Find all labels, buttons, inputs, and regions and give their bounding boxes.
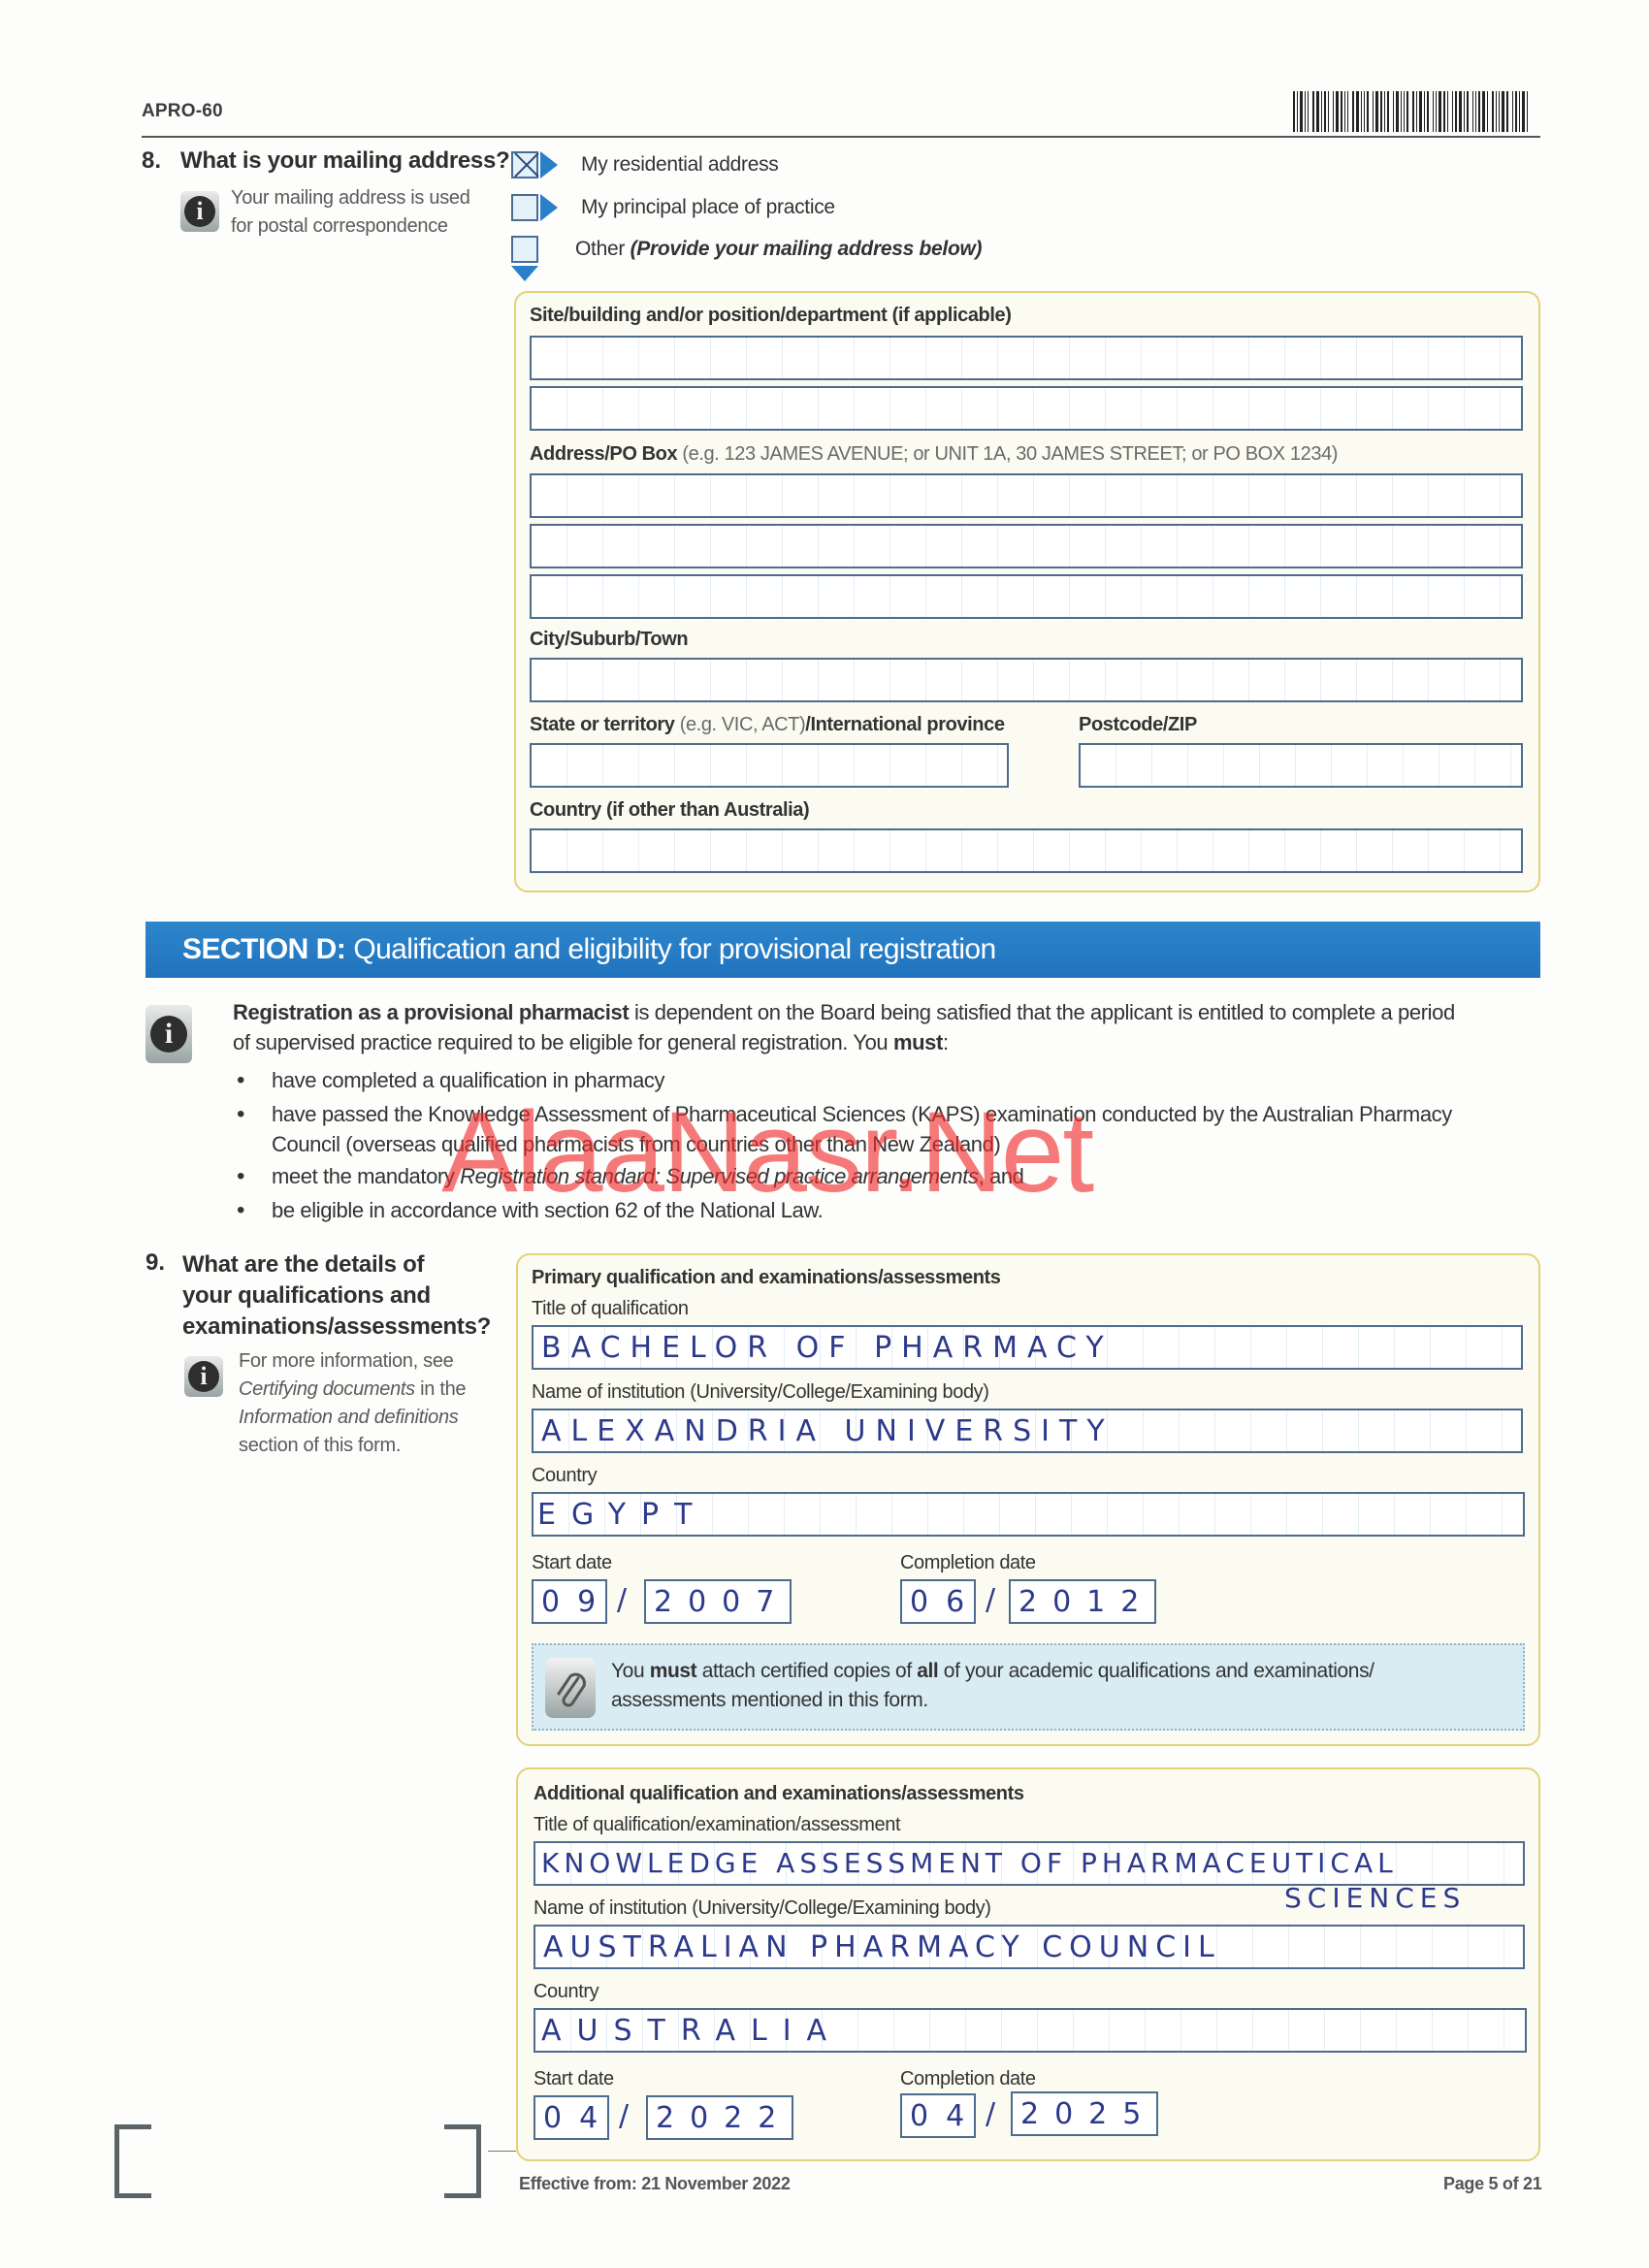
option-other[interactable]: Other (Provide your mailing address belo…	[511, 236, 982, 263]
barcode-bar	[1387, 91, 1389, 132]
state-label: State or territory (e.g. VIC, ACT)/Inter…	[530, 714, 1005, 736]
attachment-text: You must attach certified copies of all …	[611, 1657, 1374, 1715]
address-field-line-1[interactable]	[530, 473, 1523, 518]
start-date-label: Start date	[532, 1552, 612, 1574]
barcode-bar	[1297, 91, 1298, 132]
barcode-bar	[1324, 91, 1326, 132]
city-label: City/Suburb/Town	[530, 629, 688, 651]
option-residential-label: My residential address	[581, 153, 779, 177]
barcode-bar	[1352, 91, 1354, 132]
barcode-bar	[1527, 91, 1528, 132]
barcode-bar	[1416, 91, 1417, 132]
mailing-address-panel: Site/building and/or position/department…	[514, 291, 1540, 892]
barcode-bar	[1427, 91, 1429, 132]
country-field[interactable]: EGYPT	[532, 1492, 1525, 1537]
completion-month-field[interactable]: 06	[900, 1579, 976, 1624]
barcode-bar	[1356, 91, 1359, 132]
checkbox-residential[interactable]	[511, 151, 538, 178]
barcode-bar	[1419, 91, 1422, 132]
institution-label: Name of institution (University/College/…	[532, 1381, 989, 1404]
additional-heading: Additional qualification and examination…	[533, 1783, 1024, 1805]
title-label: Title of qualification/examination/asses…	[533, 1814, 900, 1836]
barcode-bar	[1487, 91, 1488, 132]
completion-year-field[interactable]: 2025	[1011, 2091, 1158, 2136]
barcode-bar	[1300, 91, 1303, 132]
question-9-number: 9.	[145, 1249, 165, 1277]
barcode-bar	[1512, 91, 1513, 132]
barcode-bar	[1478, 91, 1480, 132]
institution-value: AUSTRALIAN PHARMACY COUNCIL	[543, 1930, 1221, 1964]
completion-date-label: Completion date	[900, 1552, 1036, 1574]
watermark: AlaaNasr.Net	[441, 1086, 1092, 1218]
barcode-bar	[1367, 91, 1369, 132]
barcode-bar	[1519, 91, 1520, 132]
effective-date: Effective from: 21 November 2022	[519, 2174, 791, 2194]
barcode-bar	[1316, 91, 1319, 132]
country-field[interactable]	[530, 828, 1523, 873]
section-title: Qualification and eligibility for provis…	[353, 933, 995, 966]
start-year-value: 2007	[654, 1585, 790, 1619]
checkbox-other[interactable]	[511, 236, 538, 263]
barcode-bar	[1482, 91, 1485, 132]
corner-bracket-right	[444, 2124, 481, 2198]
postcode-label: Postcode/ZIP	[1079, 714, 1197, 736]
start-year-field[interactable]: 2007	[644, 1579, 792, 1624]
site-label: Site/building and/or position/department…	[530, 305, 1012, 327]
connector-line	[488, 2151, 516, 2152]
barcode-bar	[1436, 91, 1437, 132]
primary-qualification-panel: Primary qualification and examinations/a…	[516, 1253, 1540, 1746]
barcode-bar	[1467, 91, 1469, 132]
corner-bracket-left	[114, 2124, 151, 2198]
form-code: APRO-60	[142, 101, 223, 122]
question-8-number: 8.	[142, 147, 161, 175]
additional-qualification-panel: Additional qualification and examination…	[516, 1767, 1540, 2161]
section-id: SECTION D:	[182, 933, 345, 966]
hint-line-2: for postal correspondence	[231, 212, 470, 241]
institution-label: Name of institution (University/College/…	[533, 1897, 991, 1920]
country-label: Country (if other than Australia)	[530, 799, 809, 822]
city-field[interactable]	[530, 658, 1523, 702]
date-separator: /	[986, 1583, 995, 1617]
primary-heading: Primary qualification and examinations/a…	[532, 1267, 1001, 1289]
question-8-hint: Your mailing address is used for postal …	[231, 184, 470, 241]
date-separator: /	[986, 2097, 995, 2131]
info-icon: i	[145, 1005, 192, 1063]
title-label: Title of qualification	[532, 1298, 689, 1320]
barcode-bar	[1384, 91, 1385, 132]
arrow-right-icon	[540, 194, 558, 221]
barcode-bar	[1328, 91, 1329, 132]
section-d-header: SECTION D: Qualification and eligibility…	[145, 922, 1540, 978]
page-number: Page 5 of 21	[1443, 2174, 1541, 2194]
barcode-bar	[1375, 91, 1378, 132]
date-separator: /	[619, 2099, 629, 2133]
completion-year-field[interactable]: 2012	[1009, 1579, 1156, 1624]
title-overflow-value: SCIENCES	[1284, 1882, 1466, 1914]
title-field[interactable]: KNOWLEDGE ASSESSMENT OF PHARMACEUTICAL	[533, 1841, 1525, 1886]
barcode-bar	[1464, 91, 1465, 132]
barcode-bar	[1475, 91, 1476, 132]
country-value: AUSTRALIA	[541, 2014, 842, 2048]
state-field[interactable]	[530, 743, 1009, 788]
barcode-bar	[1308, 91, 1309, 132]
barcode-bar	[1361, 91, 1362, 132]
completion-month-field[interactable]: 04	[900, 2093, 976, 2138]
info-icon: i	[180, 191, 219, 232]
completion-month-value: 06	[910, 1585, 982, 1619]
barcode-bar	[1472, 91, 1473, 132]
start-month-field[interactable]: 09	[532, 1579, 607, 1624]
hint-line-1: Your mailing address is used	[231, 184, 470, 212]
institution-value: ALEXANDRIA UNIVERSITY	[541, 1414, 1115, 1448]
header-divider	[142, 136, 1540, 138]
start-date-label: Start date	[533, 2068, 614, 2090]
barcode-bar	[1439, 91, 1441, 132]
barcode-bar	[1492, 91, 1494, 132]
question-8-title: What is your mailing address?	[180, 147, 509, 175]
barcode-bar	[1496, 91, 1497, 132]
country-label: Country	[532, 1465, 597, 1487]
barcode-bar	[1312, 91, 1314, 132]
checkbox-principal-practice[interactable]	[511, 194, 538, 221]
title-value: BACHELOR OF PHARMACY	[541, 1331, 1114, 1365]
barcode-bar	[1404, 91, 1405, 132]
option-residential[interactable]: My residential address	[511, 151, 779, 178]
paperclip-icon	[545, 1658, 596, 1718]
attachment-notice: You must attach certified copies of all …	[532, 1643, 1525, 1731]
barcode-bar	[1293, 91, 1295, 132]
barcode-bar	[1406, 91, 1408, 132]
arrow-down-icon	[511, 266, 538, 281]
start-month-field[interactable]: 04	[533, 2095, 609, 2140]
start-year-field[interactable]: 2022	[646, 2095, 793, 2140]
barcode-bar	[1333, 91, 1334, 132]
institution-field[interactable]: ALEXANDRIA UNIVERSITY	[532, 1409, 1523, 1453]
start-year-value: 2022	[656, 2101, 792, 2135]
start-month-value: 09	[541, 1585, 613, 1619]
barcode-bar	[1401, 91, 1402, 132]
site-field-line-2[interactable]	[530, 386, 1523, 431]
option-other-label: Other (Provide your mailing address belo…	[575, 238, 982, 261]
barcode-bar	[1412, 91, 1414, 132]
barcode-bar	[1424, 91, 1425, 132]
barcode-icon	[1293, 91, 1540, 132]
arrow-right-icon	[540, 151, 558, 178]
option-principal-practice-label: My principal place of practice	[581, 196, 835, 219]
title-field[interactable]: BACHELOR OF PHARMACY	[532, 1325, 1523, 1370]
title-value: KNOWLEDGE ASSESSMENT OF PHARMACEUTICAL	[541, 1847, 1398, 1879]
barcode-bar	[1347, 91, 1348, 132]
country-value: EGYPT	[537, 1498, 707, 1532]
barcode-bar	[1499, 91, 1500, 132]
address-field-line-3[interactable]	[530, 574, 1523, 619]
barcode-bar	[1433, 91, 1434, 132]
completion-year-value: 2025	[1020, 2097, 1156, 2131]
country-field[interactable]: AUSTRALIA	[533, 2008, 1527, 2053]
institution-field[interactable]: AUSTRALIAN PHARMACY COUNCIL	[533, 1925, 1525, 1969]
section-d-intro: Registration as a provisional pharmacist…	[233, 997, 1542, 1057]
barcode-bar	[1452, 91, 1453, 132]
completion-month-value: 04	[910, 2099, 982, 2133]
barcode-bar	[1305, 91, 1306, 132]
barcode-bar	[1380, 91, 1382, 132]
barcode-bar	[1459, 91, 1462, 132]
address-field-line-2[interactable]	[530, 524, 1523, 568]
barcode-bar	[1447, 91, 1448, 132]
question-9-hint: For more information, see Certifying doc…	[239, 1347, 481, 1460]
country-label: Country	[533, 1981, 598, 2003]
address-label: Address/PO Box (e.g. 123 JAMES AVENUE; o…	[530, 443, 1338, 466]
barcode-bar	[1443, 91, 1445, 132]
info-icon: i	[184, 1356, 223, 1397]
date-separator: /	[617, 1583, 627, 1617]
barcode-bar	[1455, 91, 1457, 132]
completion-year-value: 2012	[1018, 1585, 1154, 1619]
barcode-bar	[1373, 91, 1374, 132]
barcode-bar	[1506, 91, 1508, 132]
barcode-bar	[1321, 91, 1322, 132]
barcode-bar	[1522, 91, 1525, 132]
postcode-field[interactable]	[1079, 743, 1523, 788]
barcode-bar	[1502, 91, 1504, 132]
barcode-bar	[1336, 91, 1339, 132]
barcode-bar	[1396, 91, 1399, 132]
barcode-bar	[1515, 91, 1517, 132]
barcode-bar	[1344, 91, 1345, 132]
barcode-bar	[1364, 91, 1365, 132]
barcode-bar	[1341, 91, 1342, 132]
start-month-value: 04	[543, 2101, 615, 2135]
option-principal-practice[interactable]: My principal place of practice	[511, 194, 835, 221]
question-9-title: What are the details of your qualificati…	[182, 1249, 491, 1343]
completion-date-label: Completion date	[900, 2068, 1036, 2090]
barcode-bar	[1393, 91, 1394, 132]
site-field-line-1[interactable]	[530, 336, 1523, 380]
